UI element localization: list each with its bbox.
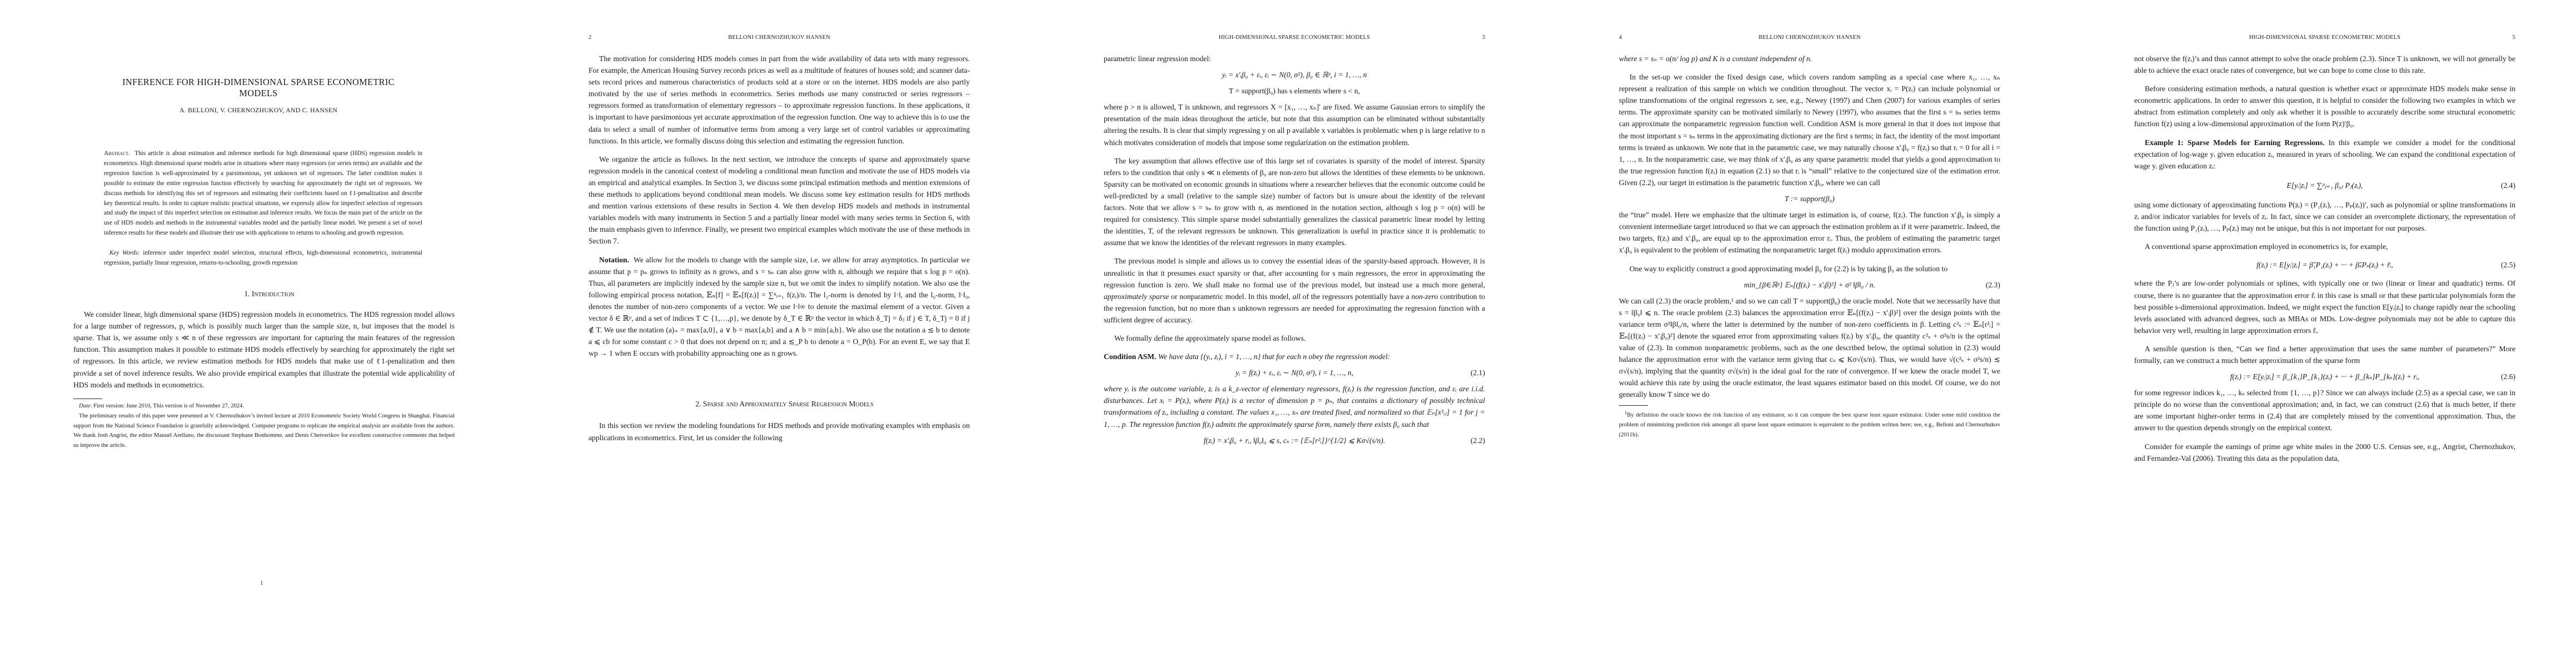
running-head-title: HIGH-DIMENSIONAL SPARSE ECONOMETRIC MODE… xyxy=(1104,34,1485,41)
equation-2-5: f(zᵢ) := E[yᵢ|zᵢ] = β̃₁P₁(zᵢ) + ··· + β̃… xyxy=(2134,259,2515,271)
equation-2-2: f(zᵢ) = x′ᵢβ₀ + rᵢ, ‖β₀‖₀ ⩽ s, cₛ := {𝔼ₙ… xyxy=(1104,435,1485,446)
notation-text: We allow for the models to change with t… xyxy=(589,256,970,358)
paragraph: A sensible question is then, “Can we fin… xyxy=(2134,343,2515,366)
page5-body: not observe the f(zᵢ)’s and thus cannot … xyxy=(2134,53,2515,464)
footnotes: 1By definition the oracle knows the risk… xyxy=(1619,408,2000,440)
equation: T = support(β₀) has s elements where s <… xyxy=(1104,85,1485,97)
example-1: Example 1: Sparse Models for Earning Reg… xyxy=(2134,137,2515,172)
paragraph: One way to explicitly construct a good a… xyxy=(1619,263,2000,275)
equation-2-3: min_{β∈ℝᵖ} 𝔼ₙ[(f(zᵢ) − x′ᵢβ)²] + σ² ‖β‖₀… xyxy=(1619,279,2000,291)
page-1: INFERENCE FOR HIGH-DIMENSIONAL SPARSE EC… xyxy=(0,0,515,667)
page4-body: where s = sₙ = o(n/ log p) and K is a co… xyxy=(1619,53,2000,440)
page-4: 4 BELLONI CHERNOZHUKOV HANSEN where s = … xyxy=(1546,0,2061,667)
running-head: 2 BELLONI CHERNOZHUKOV HANSEN xyxy=(589,34,970,43)
page-number: 3 xyxy=(1482,34,1485,41)
equation: yᵢ = x′ᵢβ₀ + εᵢ, εᵢ ∼ N(0, σ²), β₀ ∈ ℝᵖ,… xyxy=(1104,69,1485,81)
keywords-label: Key Words: xyxy=(109,250,140,256)
running-head: HIGH-DIMENSIONAL SPARSE ECONOMETRIC MODE… xyxy=(2134,34,2515,43)
paragraph: The key assumption that allows effective… xyxy=(1104,155,1485,249)
footnotes: Date: First version: June 2010, This ver… xyxy=(73,401,455,451)
paragraph: using some dictionary of approximating f… xyxy=(2134,199,2515,234)
page-number: 5 xyxy=(2513,34,2515,41)
paragraph: We formally define the approximately spa… xyxy=(1104,332,1485,344)
page-number: 1 xyxy=(260,580,263,586)
paragraph: Consider for example the earnings of pri… xyxy=(2134,441,2515,464)
example-label: Example 1: Sparse Models for Earning Reg… xyxy=(2145,138,2324,147)
condition-asm: Condition ASM. We have data {(yᵢ, zᵢ), i… xyxy=(1104,351,1485,362)
running-head-title: BELLONI CHERNOZHUKOV HANSEN xyxy=(1619,34,2000,41)
equation-number: (2.2) xyxy=(1471,435,1485,446)
paragraph: where s = sₙ = o(n/ log p) and K is a co… xyxy=(1619,53,2000,64)
footnote-text: By definition the oracle knows the risk … xyxy=(1619,412,2000,438)
running-head: HIGH-DIMENSIONAL SPARSE ECONOMETRIC MODE… xyxy=(1104,34,1485,43)
abstract: Abstract. This article is about estimati… xyxy=(104,149,422,268)
footnote-rule xyxy=(1619,405,1648,406)
paragraph: for some regressor indices k₁, …, kₛ sel… xyxy=(2134,387,2515,434)
paper-title: INFERENCE FOR HIGH-DIMENSIONAL SPARSE EC… xyxy=(50,77,467,99)
equation-number: (2.3) xyxy=(1986,279,2000,291)
page-5: HIGH-DIMENSIONAL SPARSE ECONOMETRIC MODE… xyxy=(2061,0,2576,667)
paragraph: not observe the f(zᵢ)’s and thus cannot … xyxy=(2134,53,2515,76)
paragraph: parametric linear regression model: xyxy=(1104,53,1485,64)
page3-body: parametric linear regression model: yᵢ =… xyxy=(1104,53,1485,451)
paragraph: where the Pⱼ’s are low-order polynomials… xyxy=(2134,277,2515,336)
notation-label: Notation. xyxy=(599,256,629,264)
footnote-rule xyxy=(73,399,102,399)
paragraph: where yᵢ is the outcome variable, zᵢ is … xyxy=(1104,383,1485,430)
title-line-1: INFERENCE FOR HIGH-DIMENSIONAL SPARSE EC… xyxy=(50,77,467,88)
equation-number: (2.4) xyxy=(2501,180,2515,191)
equation: T := support(β₀) xyxy=(1619,193,2000,205)
section-heading-introduction: 1. Introduction xyxy=(73,288,455,300)
equation-number: (2.1) xyxy=(1471,367,1485,379)
abstract-label: Abstract. xyxy=(104,150,130,157)
condition-label: Condition ASM. xyxy=(1104,352,1156,361)
equation-2-6: f(zᵢ) := E[yᵢ|zᵢ] = β_{k₁}P_{k₁}(zᵢ) + ·… xyxy=(2134,371,2515,382)
authors: A. BELLONI, V. CHERNOZHUKOV, AND C. HANS… xyxy=(50,106,467,115)
section-heading-2: 2. Sparse and Approximately Sparse Regre… xyxy=(589,398,970,410)
paragraph: A conventional sparse approximation empl… xyxy=(2134,241,2515,252)
page-2: 2 BELLONI CHERNOZHUKOV HANSEN The motiva… xyxy=(515,0,1030,667)
paragraph: We organize the article as follows. In t… xyxy=(589,153,970,247)
paragraph: In the set-up we consider the fixed desi… xyxy=(1619,71,2000,188)
page-3: HIGH-DIMENSIONAL SPARSE ECONOMETRIC MODE… xyxy=(1030,0,1546,667)
intro-paragraph: We consider linear, high dimensional spa… xyxy=(73,308,455,391)
running-head: 4 BELLONI CHERNOZHUKOV HANSEN xyxy=(1619,34,2000,43)
paragraph: The motivation for considering HDS model… xyxy=(589,53,970,147)
equation-2-4: E[yᵢ|zᵢ] = ∑ᵖⱼ₌₁ β₀ⱼ Pⱼ(zᵢ),(2.4) xyxy=(2134,180,2515,191)
page1-body: 1. Introduction We consider linear, high… xyxy=(73,288,455,451)
equation-number: (2.6) xyxy=(2501,371,2515,382)
title-line-2: MODELS xyxy=(50,88,467,99)
keywords-text: inference under imperfect model selectio… xyxy=(104,250,422,266)
paragraph: We can call (2.3) the oracle problem,¹ a… xyxy=(1619,295,2000,401)
footnote-date-label: Date xyxy=(79,403,91,409)
paragraph: where p > n is allowed, T is unknown, an… xyxy=(1104,101,1485,148)
paragraph: the “true” model. Here we emphasize that… xyxy=(1619,209,2000,256)
footnote-date-text: : First version: June 2010, This version… xyxy=(91,403,244,409)
paragraph: In this section we review the modeling f… xyxy=(589,420,970,443)
paragraph: The previous model is simple and allows … xyxy=(1104,255,1485,326)
footnote-acknowledgments: The preliminary results of this paper we… xyxy=(73,411,455,451)
equation-2-1: yᵢ = f(zᵢ) + εᵢ, εᵢ ∼ N(0, σ²), i = 1, …… xyxy=(1104,367,1485,379)
equation-number: (2.5) xyxy=(2501,259,2515,271)
paragraph: Before considering estimation methods, a… xyxy=(2134,83,2515,130)
page2-body: The motivation for considering HDS model… xyxy=(589,53,970,444)
abstract-text: This article is about estimation and inf… xyxy=(104,150,422,236)
running-head-title: HIGH-DIMENSIONAL SPARSE ECONOMETRIC MODE… xyxy=(2134,34,2515,41)
running-head-title: BELLONI CHERNOZHUKOV HANSEN xyxy=(589,34,970,41)
